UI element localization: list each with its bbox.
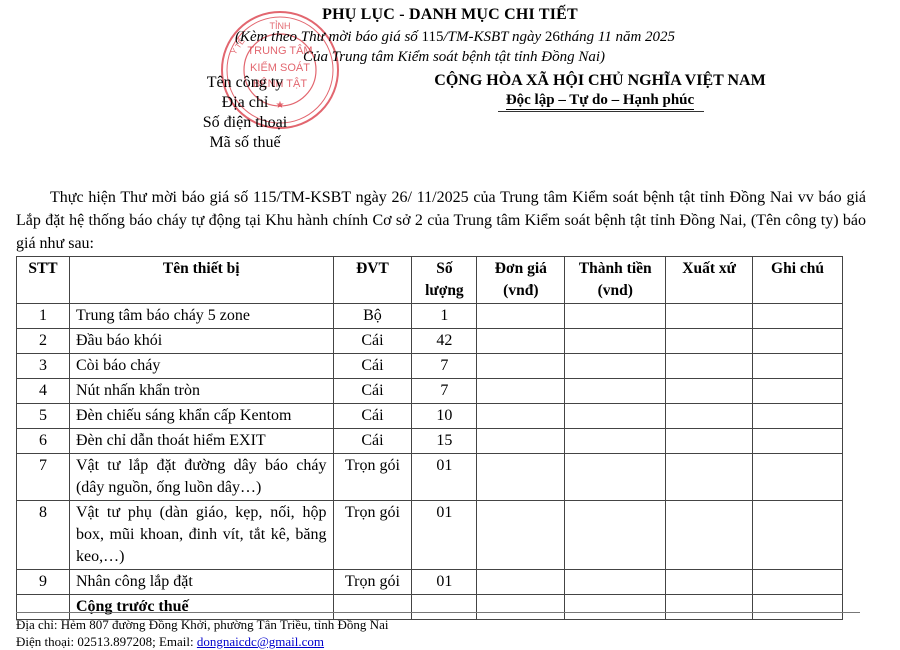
document-subtitle: (Kèm theo Thư mời báo giá số 115/TM-KSBT… — [0, 29, 900, 46]
cell-name: Nhân công lắp đặt — [69, 570, 333, 595]
header-note: Ghi chú — [753, 257, 843, 304]
cell-amount — [565, 570, 666, 595]
cell-origin — [666, 329, 753, 354]
document-title: PHỤ LỤC - DANH MỤC CHI TIẾT — [0, 6, 900, 24]
letter-number: 115 — [422, 29, 444, 45]
footer-address: Địa chỉ: Hẻm 807 đường Đồng Khởi, phường… — [16, 617, 388, 633]
email-link[interactable]: dongnaicdc@gmail.com — [197, 634, 324, 649]
cell-unit: Trọn gói — [333, 454, 412, 501]
cell-name: Đèn chiếu sáng khẩn cấp Kentom — [69, 404, 333, 429]
total-cell — [565, 595, 666, 620]
cell-note — [753, 329, 843, 354]
total-label: Cộng trước thuế — [69, 595, 333, 620]
table-row: 6Đèn chỉ dẫn thoát hiểm EXITCái15 — [17, 429, 843, 454]
header-amount: Thành tiền (vnd) — [565, 257, 666, 304]
cell-amount — [565, 501, 666, 570]
cell-origin — [666, 501, 753, 570]
cell-amount — [565, 429, 666, 454]
cell-qty: 1 — [412, 304, 477, 329]
cell-origin — [666, 304, 753, 329]
quotation-table: STT Tên thiết bị ĐVT Số lượng Đơn giá (v… — [16, 256, 843, 620]
motto-divider — [498, 111, 704, 112]
cell-price — [477, 501, 565, 570]
company-tax-label: Mã số thuế — [190, 133, 300, 153]
cell-stt: 6 — [17, 429, 70, 454]
header-origin: Xuất xứ — [666, 257, 753, 304]
cell-note — [753, 304, 843, 329]
intro-text: Thực hiện Thư mời báo giá số 115/TM-KSBT… — [16, 189, 866, 252]
table-row: 2Đầu báo khóiCái42 — [17, 329, 843, 354]
cell-qty: 7 — [412, 354, 477, 379]
cell-stt: 4 — [17, 379, 70, 404]
cell-origin — [666, 354, 753, 379]
cell-qty: 01 — [412, 501, 477, 570]
company-phone-label: Số điện thoại — [190, 113, 300, 133]
cell-stt: 2 — [17, 329, 70, 354]
cell-name: Vật tư phụ (dàn giáo, kẹp, nối, hộp box,… — [69, 501, 333, 570]
total-cell — [333, 595, 412, 620]
cell-amount — [565, 354, 666, 379]
cell-origin — [666, 379, 753, 404]
cell-name: Còi báo cháy — [69, 354, 333, 379]
cell-price — [477, 354, 565, 379]
cell-note — [753, 429, 843, 454]
cell-origin — [666, 429, 753, 454]
motto-text: Độc lập – Tự do – Hạnh phúc — [506, 92, 694, 110]
cell-amount — [565, 404, 666, 429]
company-address-label: Địa chỉ — [190, 93, 300, 113]
total-row: Cộng trước thuế — [17, 595, 843, 620]
cell-note — [753, 501, 843, 570]
cell-stt: 5 — [17, 404, 70, 429]
cell-unit: Cái — [333, 379, 412, 404]
cell-amount — [565, 329, 666, 354]
cell-note — [753, 354, 843, 379]
cell-qty: 7 — [412, 379, 477, 404]
header-price: Đơn giá (vnđ) — [477, 257, 565, 304]
cell-name: Vật tư lắp đặt đường dây báo cháy (dây n… — [69, 454, 333, 501]
table-row: 1Trung tâm báo cháy 5 zoneBộ1 — [17, 304, 843, 329]
cell-stt: 3 — [17, 354, 70, 379]
cell-unit: Trọn gói — [333, 570, 412, 595]
cell-price — [477, 329, 565, 354]
letter-day: 26 — [545, 29, 560, 45]
cell-unit: Cái — [333, 429, 412, 454]
header-name: Tên thiết bị — [69, 257, 333, 304]
cell-unit: Cái — [333, 404, 412, 429]
cell-qty: 10 — [412, 404, 477, 429]
cell-origin — [666, 454, 753, 501]
cell-name: Đầu báo khói — [69, 329, 333, 354]
cell-unit: Cái — [333, 354, 412, 379]
footer-divider — [16, 612, 860, 613]
subtitle-prefix: (Kèm theo Thư mời báo giá số — [235, 29, 422, 45]
cell-amount — [565, 304, 666, 329]
table-header-row: STT Tên thiết bị ĐVT Số lượng Đơn giá (v… — [17, 257, 843, 304]
total-cell — [412, 595, 477, 620]
cell-unit: Cái — [333, 329, 412, 354]
company-name-label: Tên công ty — [190, 73, 300, 93]
national-motto: Độc lập – Tự do – Hạnh phúc — [405, 92, 795, 109]
cell-qty: 01 — [412, 570, 477, 595]
cell-origin — [666, 404, 753, 429]
cell-price — [477, 570, 565, 595]
table-row: 9Nhân công lắp đặtTrọn gói01 — [17, 570, 843, 595]
cell-stt: 7 — [17, 454, 70, 501]
cell-name: Nút nhấn khẩn tròn — [69, 379, 333, 404]
header-unit: ĐVT — [333, 257, 412, 304]
total-cell — [753, 595, 843, 620]
total-cell — [666, 595, 753, 620]
cell-unit: Bộ — [333, 304, 412, 329]
table-row: 3Còi báo cháyCái7 — [17, 354, 843, 379]
cell-name: Trung tâm báo cháy 5 zone — [69, 304, 333, 329]
subtitle-suffix: tháng 11 năm 2025 — [560, 29, 675, 45]
cell-origin — [666, 570, 753, 595]
cell-note — [753, 454, 843, 501]
cell-note — [753, 379, 843, 404]
table-row: 4Nút nhấn khẩn trònCái7 — [17, 379, 843, 404]
cell-unit: Trọn gói — [333, 501, 412, 570]
cell-amount — [565, 454, 666, 501]
cell-price — [477, 454, 565, 501]
cell-qty: 42 — [412, 329, 477, 354]
cell-note — [753, 570, 843, 595]
footer-phone: Điện thoại: 02513.897208; Email: — [16, 634, 197, 649]
cell-price — [477, 429, 565, 454]
total-cell — [17, 595, 70, 620]
cell-qty: 15 — [412, 429, 477, 454]
cell-name: Đèn chỉ dẫn thoát hiểm EXIT — [69, 429, 333, 454]
cell-price — [477, 379, 565, 404]
header-qty: Số lượng — [412, 257, 477, 304]
document-subtitle-line2: Của Trung tâm Kiểm soát bệnh tật tỉnh Đồ… — [0, 49, 900, 66]
national-title: CỘNG HÒA XÃ HỘI CHỦ NGHĨA VIỆT NAM — [405, 72, 795, 90]
cell-stt: 1 — [17, 304, 70, 329]
cell-stt: 9 — [17, 570, 70, 595]
table-row: 5Đèn chiếu sáng khẩn cấp KentomCái10 — [17, 404, 843, 429]
table-row: 7Vật tư lắp đặt đường dây báo cháy (dây … — [17, 454, 843, 501]
footer-contact: Điện thoại: 02513.897208; Email: dongnai… — [16, 634, 324, 650]
total-cell — [477, 595, 565, 620]
table-row: 8Vật tư phụ (dàn giáo, kẹp, nối, hộp box… — [17, 501, 843, 570]
cell-price — [477, 304, 565, 329]
cell-qty: 01 — [412, 454, 477, 501]
cell-price — [477, 404, 565, 429]
cell-note — [753, 404, 843, 429]
intro-paragraph: Thực hiện Thư mời báo giá số 115/TM-KSBT… — [16, 186, 866, 255]
subtitle-mid: /TM-KSBT ngày — [444, 29, 545, 45]
header-stt: STT — [17, 257, 70, 304]
company-info-block: Tên công ty Địa chỉ Số điện thoại Mã số … — [190, 73, 300, 153]
cell-stt: 8 — [17, 501, 70, 570]
cell-amount — [565, 379, 666, 404]
